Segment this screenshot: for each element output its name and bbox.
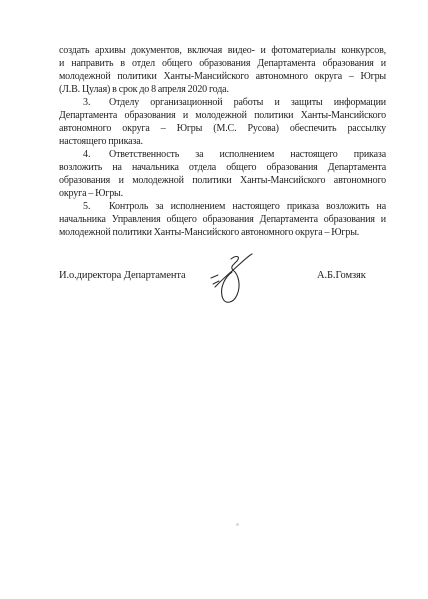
text-line: начальника Управления общего образования…	[59, 213, 386, 226]
document-page: создать архивы документов, включая видео…	[0, 0, 428, 599]
signature-title: И.о.директора Департамента	[59, 270, 186, 281]
item-text: Контроль за исполнением настоящего прика…	[109, 201, 386, 212]
text-line-numbered: 3.Отделу организационной работы и защиты…	[59, 96, 386, 109]
signature-image	[202, 248, 258, 310]
text-line: автономного округа – Югры (М.С. Русова) …	[59, 122, 386, 135]
text-line: и направить в отдел общего образования Д…	[59, 57, 386, 70]
item-number: 3.	[83, 96, 109, 109]
text-line: (Л.В. Цулая) в срок до 8 апреля 2020 год…	[59, 83, 386, 96]
text-line: создать архивы документов, включая видео…	[59, 44, 386, 57]
item-number: 4.	[83, 148, 109, 161]
text-line: настоящего приказа.	[59, 135, 386, 148]
text-line-numbered: 5.Контроль за исполнением настоящего при…	[59, 200, 386, 213]
scan-artifact-dot	[236, 523, 239, 526]
text-line: округа – Югры.	[59, 187, 386, 200]
item-text: Ответственность за исполнением настоящег…	[109, 149, 386, 160]
text-line: молодежной политики Ханты-Мансийского ав…	[59, 226, 386, 239]
body-text: создать архивы документов, включая видео…	[59, 44, 386, 239]
text-line: Департамента образования и молодежной по…	[59, 109, 386, 122]
text-line-numbered: 4.Ответственность за исполнением настоящ…	[59, 148, 386, 161]
text-line: возложить на начальника отдела общего об…	[59, 161, 386, 174]
item-number: 5.	[83, 200, 109, 213]
item-text: Отделу организационной работы и защиты и…	[109, 97, 386, 108]
text-line: молодежной политики Ханты-Мансийского ав…	[59, 70, 386, 83]
signature-name: А.Б.Гомзяк	[317, 270, 366, 281]
text-line: образования и молодежной политики Ханты-…	[59, 174, 386, 187]
